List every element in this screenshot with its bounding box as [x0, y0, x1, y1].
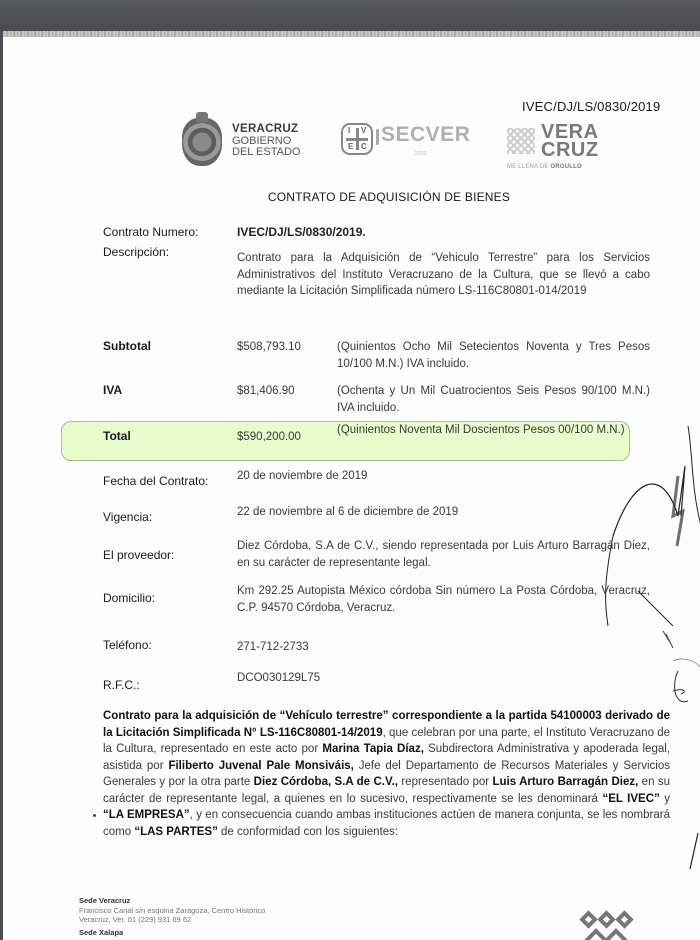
value-total-amount: $590,200.00 — [237, 429, 301, 446]
logo-veracruz-brand: VERA CRUZ ME LLENA DE ORGULLO — [507, 123, 591, 173]
value-telefono: 271-712-2733 — [237, 639, 309, 656]
scan-edge — [3, 31, 700, 37]
value-domicilio: Km 292.25 Autopista México córdoba Sin n… — [237, 583, 650, 616]
viewer-toolbar — [0, 0, 700, 31]
label-domicilio: Domicilio: — [103, 591, 155, 605]
value-proveedor: Diez Córdoba, S.A de C.V., siendo repres… — [237, 538, 650, 571]
footer-sede1-title: Sede Veracruz — [79, 896, 130, 905]
logo-secver: I V E C SECVER 2019 — [341, 121, 469, 161]
logo-gobierno-line3: DEL ESTADO — [232, 146, 300, 158]
vera-line2: CRUZ — [541, 139, 599, 161]
scan-dot — [93, 814, 96, 817]
secver-sub: 2019 — [415, 151, 426, 157]
label-descripcion: Descripción: — [103, 245, 169, 259]
knot-pattern-icon — [507, 128, 535, 154]
value-rfc: DCO030129L75 — [237, 670, 320, 687]
value-subtotal-amount: $508,793.10 — [237, 339, 301, 356]
handwritten-signature — [593, 416, 700, 716]
label-iva: IVA — [103, 383, 122, 397]
value-vigencia: 22 de noviembre al 6 de diciembre de 201… — [237, 504, 458, 521]
ivec-cross-icon: I V E C — [341, 123, 373, 155]
value-iva-amount: $81,406.90 — [237, 383, 295, 400]
state-seal-icon — [182, 118, 222, 166]
document-page: IVEC/DJ/LS/0830/2019 VERACRUZ GOBIERNO D… — [3, 31, 700, 940]
label-fecha: Fecha del Contrato: — [103, 474, 208, 488]
value-subtotal-text: (Quinientos Ocho Mil Setecientos Noventa… — [337, 339, 650, 372]
logo-gobierno-veracruz: VERACRUZ GOBIERNO DEL ESTADO — [182, 118, 302, 166]
label-subtotal: Subtotal — [103, 339, 151, 353]
label-rfc: R.F.C.: — [103, 678, 140, 692]
vera-tagline: ME LLENA DE ORGULLO — [507, 164, 582, 170]
label-contrato-numero: Contrato Numero: — [103, 225, 198, 239]
logo-gobierno-line1: VERACRUZ — [232, 123, 298, 135]
value-fecha: 20 de noviembre de 2019 — [237, 468, 367, 485]
label-total: Total — [103, 429, 131, 443]
document-title: CONTRATO DE ADQUISICIÓN DE BIENES — [3, 190, 700, 204]
label-telefono: Teléfono: — [103, 638, 152, 652]
footer-sede1-line2: Veracruz, Ver. 01 (229) 931 69 62 — [79, 915, 191, 924]
contract-intro-paragraph: Contrato para la adquisición de “Vehícul… — [103, 708, 670, 840]
value-contrato-numero: IVEC/DJ/LS/0830/2019. — [237, 225, 366, 239]
signature-stroke — [688, 831, 700, 871]
logo-gobierno-line2: GOBIERNO — [232, 135, 291, 147]
footer-sede2-title: Sede Xalapa — [79, 928, 123, 938]
label-vigencia: Vigencia: — [103, 510, 152, 524]
value-iva-text: (Ochenta y Un Mil Cuatrocientos Seis Pes… — [337, 383, 650, 416]
knot-pattern-icon — [578, 907, 638, 940]
label-proveedor: El proveedor: — [103, 548, 174, 562]
footer-addresses: Sede Veracruz Francisco Canal s/n esquin… — [79, 896, 265, 937]
secver-name: SECVER — [381, 123, 470, 147]
footer-sede1-line1: Francisco Canal s/n esquina Zaragoza, Ce… — [79, 906, 265, 915]
value-descripcion: Contrato para la Adquisición de “Vehicul… — [237, 250, 650, 300]
reference-number: IVEC/DJ/LS/0830/2019 — [522, 99, 660, 114]
